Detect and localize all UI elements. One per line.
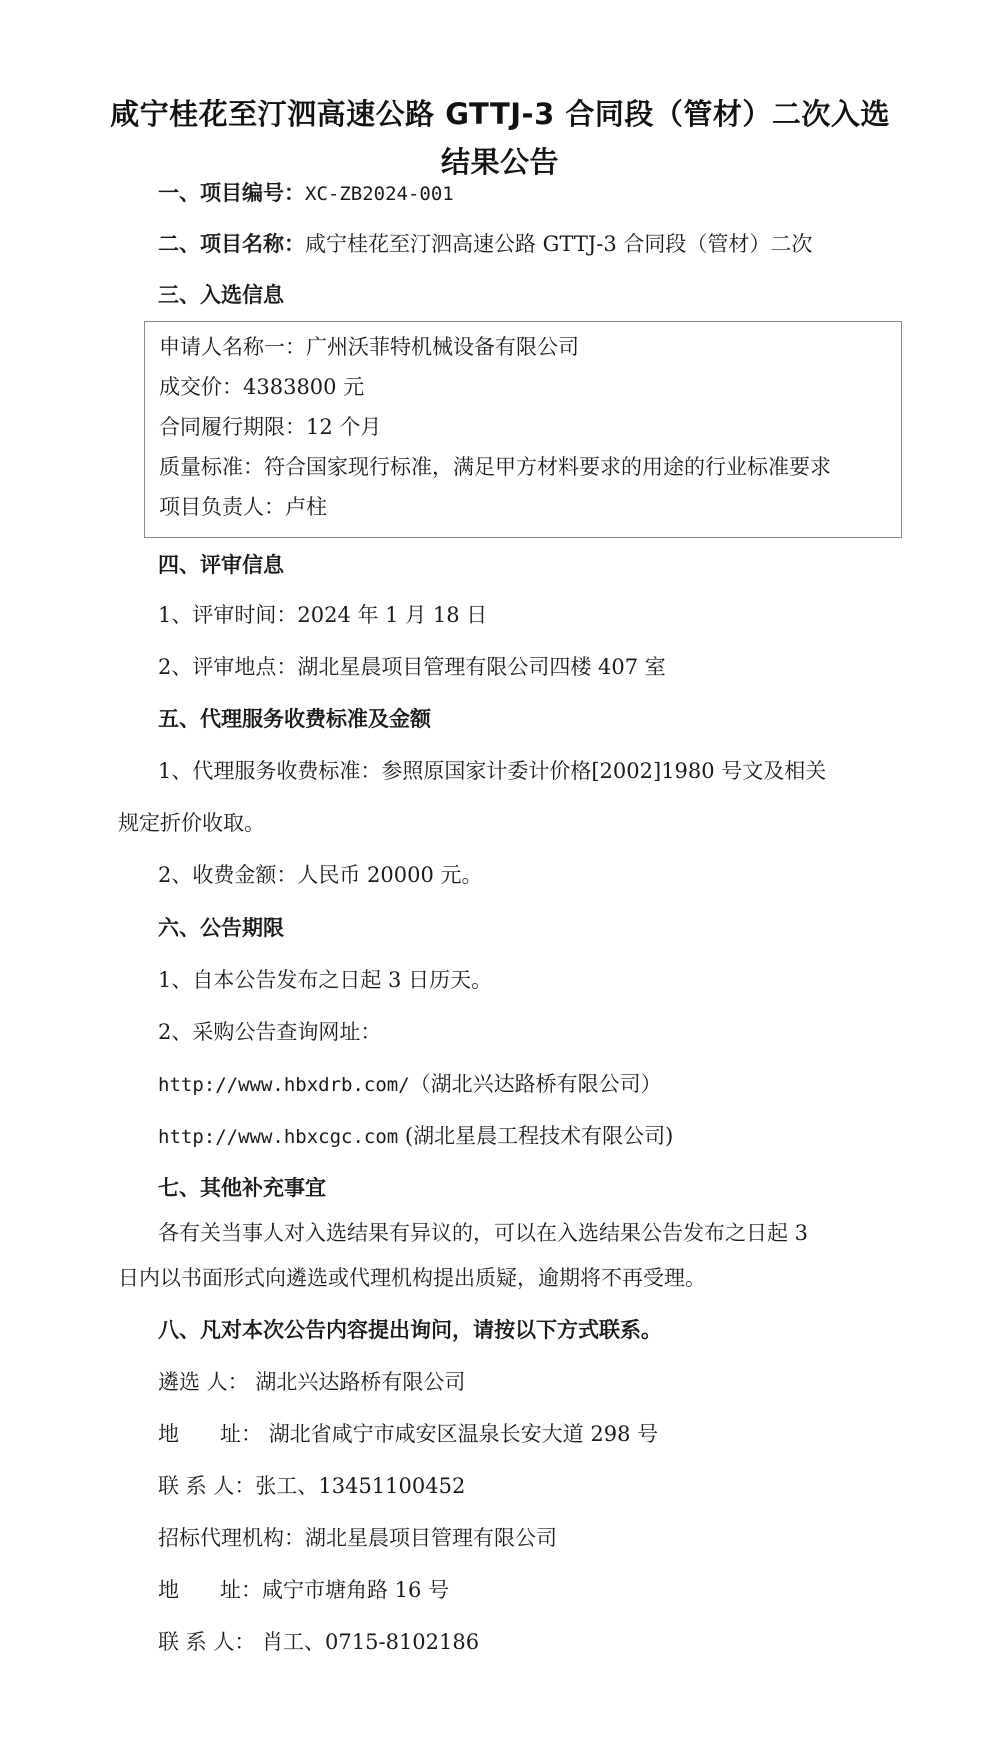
project-number-label: 一、项目编号： — [158, 181, 305, 205]
website-org-hbxcgc: (湖北星晨工程技术有限公司) — [398, 1124, 673, 1148]
selector-address-row: 地址： 湖北省咸宁市咸安区温泉长安大道 298 号 — [158, 1419, 658, 1449]
agency-address-label-b: 址： — [220, 1578, 262, 1602]
selection-info-heading: 三、入选信息 — [158, 280, 284, 310]
selector-contact-row: 联 系 人：张工、13451100452 — [158, 1471, 465, 1501]
objection-paragraph-line1: 各有关当事人对入选结果有异议的，可以在入选结果公告发布之日起 3 — [158, 1218, 808, 1248]
applicant-name: 申请人名称一：广州沃菲特机械设备有限公司 — [159, 332, 579, 362]
other-matters-heading: 七、其他补充事宜 — [158, 1173, 326, 1203]
selector-name-value: 湖北兴达路桥有限公司 — [255, 1370, 465, 1394]
agency-fee-heading: 五、代理服务收费标准及金额 — [158, 704, 431, 734]
website-org-hbxdrb: （湖北兴达路桥有限公司） — [410, 1072, 662, 1096]
agency-name-value: 湖北星晨项目管理有限公司 — [305, 1526, 557, 1550]
fee-amount: 2、收费金额：人民币 20000 元。 — [158, 860, 483, 890]
selector-name-label: 遴选 人： — [158, 1370, 249, 1394]
website-link-hbxdrb[interactable]: http://www.hbxdrb.com/ — [158, 1074, 410, 1096]
website-link-row-1: http://www.hbxdrb.com/（湖北兴达路桥有限公司） — [158, 1069, 662, 1100]
selector-name-row: 遴选 人： 湖北兴达路桥有限公司 — [158, 1367, 465, 1397]
fee-standard-line2: 规定折价收取。 — [118, 808, 265, 838]
project-name-label: 二、项目名称： — [158, 232, 305, 256]
selector-address-value: 湖北省咸宁市咸安区温泉长安大道 298 号 — [269, 1422, 658, 1446]
quality-standard: 质量标准：符合国家现行标准，满足甲方材料要求的用途的行业标准要求 — [159, 452, 831, 482]
agency-contact-label: 联 系 人： — [158, 1630, 255, 1654]
announcement-period: 1、自本公告发布之日起 3 日历天。 — [158, 965, 492, 995]
website-link-row-2: http://www.hbxcgc.com (湖北星晨工程技术有限公司) — [158, 1121, 673, 1152]
agency-address-value: 咸宁市塘角路 16 号 — [262, 1578, 449, 1602]
project-number-row: 一、项目编号：XC-ZB2024-001 — [158, 178, 454, 209]
document-title-line2: 结果公告 — [0, 140, 1000, 181]
project-number-value: XC-ZB2024-001 — [305, 183, 454, 205]
project-name-value: 咸宁桂花至汀泗高速公路 GTTJ-3 合同段（管材）二次 — [305, 232, 812, 256]
selector-address-label-a: 地 — [158, 1419, 220, 1449]
review-location: 2、评审地点：湖北星晨项目管理有限公司四楼 407 室 — [158, 652, 666, 682]
agency-contact-value: 肖工、0715-8102186 — [262, 1630, 479, 1654]
selector-contact-label: 联 系 人： — [158, 1474, 255, 1498]
selector-address-label-b: 址： — [220, 1422, 262, 1446]
document-title-line1: 咸宁桂花至汀泗高速公路 GTTJ-3 合同段（管材）二次入选 — [0, 92, 1000, 133]
review-time: 1、评审时间：2024 年 1 月 18 日 — [158, 600, 487, 630]
contact-heading: 八、凡对本次公告内容提出询问，请按以下方式联系。 — [158, 1315, 662, 1345]
fee-standard-line1: 1、代理服务收费标准：参照原国家计委计价格[2002]1980 号文及相关 — [158, 756, 826, 786]
announcement-period-heading: 六、公告期限 — [158, 913, 284, 943]
agency-name-row: 招标代理机构：湖北星晨项目管理有限公司 — [158, 1523, 557, 1553]
agency-contact-row: 联 系 人： 肖工、0715-8102186 — [158, 1627, 479, 1657]
selection-info-box: 申请人名称一：广州沃菲特机械设备有限公司 成交价：4383800 元 合同履行期… — [144, 321, 902, 538]
agency-address-row: 地址：咸宁市塘角路 16 号 — [158, 1575, 449, 1605]
review-info-heading: 四、评审信息 — [158, 550, 284, 580]
selector-contact-value: 张工、13451100452 — [255, 1474, 465, 1498]
project-name-row: 二、项目名称：咸宁桂花至汀泗高速公路 GTTJ-3 合同段（管材）二次 — [158, 229, 812, 259]
website-link-hbxcgc[interactable]: http://www.hbxcgc.com — [158, 1126, 398, 1148]
agency-name-label: 招标代理机构： — [158, 1526, 305, 1550]
objection-paragraph-line2: 日内以书面形式向遴选或代理机构提出质疑，逾期将不再受理。 — [118, 1263, 706, 1293]
announcement-page: 咸宁桂花至汀泗高速公路 GTTJ-3 合同段（管材）二次入选 结果公告 一、项目… — [0, 0, 1000, 1748]
agency-address-label-a: 地 — [158, 1575, 220, 1605]
project-manager: 项目负责人：卢柱 — [159, 492, 327, 522]
inquiry-website-label: 2、采购公告查询网址： — [158, 1017, 381, 1047]
contract-term: 合同履行期限：12 个月 — [159, 412, 381, 442]
deal-price: 成交价：4383800 元 — [159, 372, 364, 402]
